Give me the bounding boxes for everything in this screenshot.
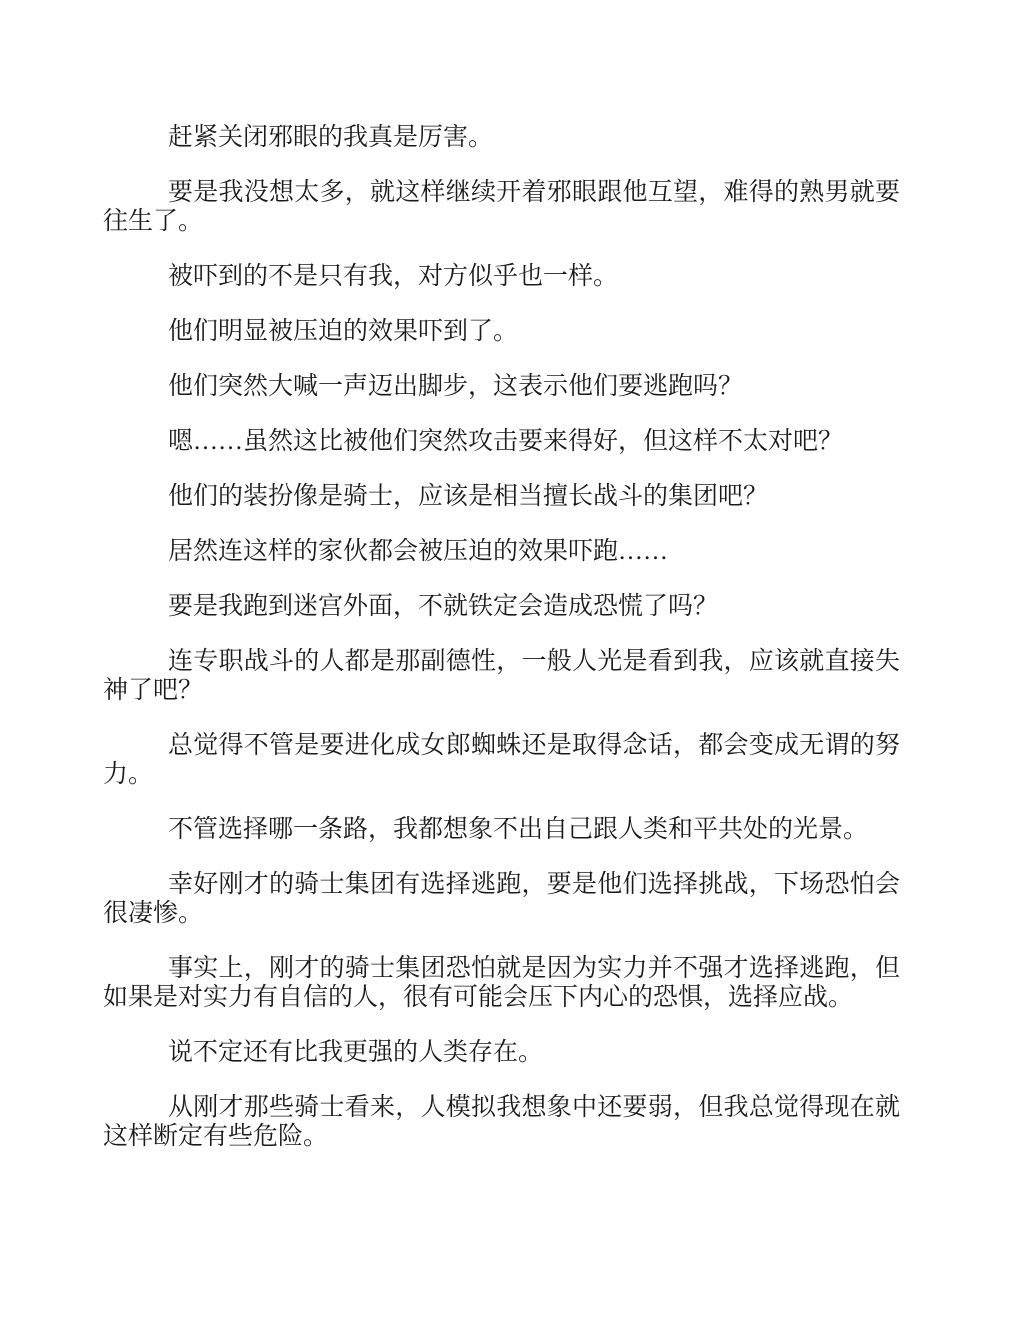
- paragraph: 事实上，刚才的骑士集团恐怕就是因为实力并不强才选择逃跑，但如果是对实力有自信的人…: [103, 954, 900, 1012]
- paragraph: 从刚才那些骑士看来，人模拟我想象中还要弱，但我总觉得现在就这样断定有些危险。: [103, 1093, 900, 1151]
- paragraph: 要是我跑到迷宫外面，不就铁定会造成恐慌了吗？: [103, 592, 900, 621]
- paragraph: 嗯……虽然这比被他们突然攻击要来得好，但这样不太对吧？: [103, 427, 900, 456]
- paragraph: 幸好刚才的骑士集团有选择逃跑，要是他们选择挑战，下场恐怕会很凄惨。: [103, 870, 900, 928]
- ebook-page: 赶紧关闭邪眼的我真是厉害。 要是我没想太多，就这样继续开着邪眼跟他互望，难得的熟…: [0, 0, 1020, 1320]
- paragraph: 他们明显被压迫的效果吓到了。: [103, 317, 900, 346]
- paragraph: 他们突然大喊一声迈出脚步，这表示他们要逃跑吗？: [103, 372, 900, 401]
- paragraph: 连专职战斗的人都是那副德性，一般人光是看到我，应该就直接失神了吧？: [103, 647, 900, 705]
- paragraph: 不管选择哪一条路，我都想象不出自己跟人类和平共处的光景。: [103, 815, 900, 844]
- paragraph: 赶紧关闭邪眼的我真是厉害。: [103, 123, 900, 152]
- paragraph: 说不定还有比我更强的人类存在。: [103, 1038, 900, 1067]
- paragraph: 要是我没想太多，就这样继续开着邪眼跟他互望，难得的熟男就要往生了。: [103, 178, 900, 236]
- paragraph: 总觉得不管是要进化成女郎蜘蛛还是取得念话，都会变成无谓的努力。: [103, 731, 900, 789]
- paragraph: 他们的装扮像是骑士，应该是相当擅长战斗的集团吧？: [103, 482, 900, 511]
- paragraph: 居然连这样的家伙都会被压迫的效果吓跑……: [103, 537, 900, 566]
- paragraph: 被吓到的不是只有我，对方似乎也一样。: [103, 262, 900, 291]
